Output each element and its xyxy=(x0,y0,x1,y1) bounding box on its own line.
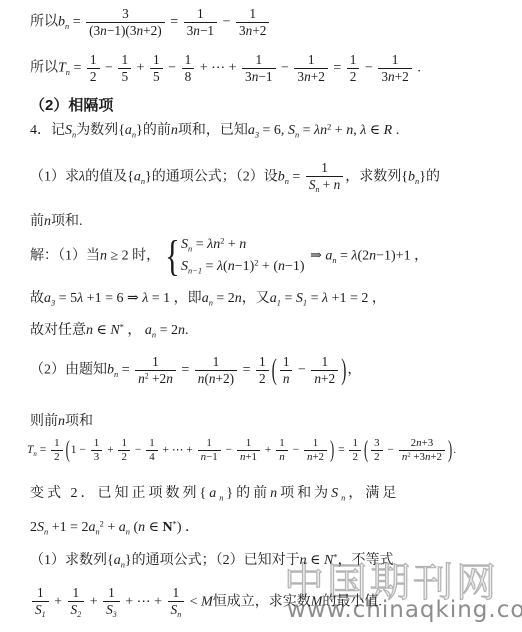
fraction-numerator: 1 xyxy=(182,52,195,69)
fraction-denominator: 3n+2 xyxy=(378,69,411,85)
math-text: 1 xyxy=(279,437,284,449)
math-text: ≥ 2 时， xyxy=(107,249,160,264)
math-text: = xyxy=(337,249,352,264)
math-text: 5 xyxy=(153,69,160,84)
fraction-denominator: 4 xyxy=(146,451,157,464)
fraction-numerator: 1 xyxy=(276,437,287,451)
fraction-denominator: 2 xyxy=(371,451,382,464)
math-text: −1 xyxy=(206,451,218,463)
math-text: 3 xyxy=(245,69,252,84)
math-text: 4．记 xyxy=(30,123,65,138)
fraction: 12 xyxy=(349,437,360,464)
math-text: a xyxy=(209,486,219,501)
math-text: 1 xyxy=(308,52,315,67)
math-text: N xyxy=(110,323,119,338)
solution-bn-decomposition: （2）由题知bn = 1n2 +2n = 1n(n+2) = 12(1n − 1… xyxy=(30,354,361,387)
heading-section-2: （2）相隔项 xyxy=(30,97,113,116)
fraction-numerator: 1 xyxy=(311,354,338,371)
math-text: − xyxy=(223,444,235,456)
math-text: +2 xyxy=(430,451,442,463)
math-text: 1 xyxy=(149,437,154,449)
math-text: 2 xyxy=(259,371,266,386)
variation-2-statement: 变式 2．已知正项数列{an}的前n项和为Sn，满足 xyxy=(30,485,399,504)
fraction-numerator: 1 xyxy=(168,585,185,602)
math-text: − xyxy=(361,61,376,76)
fraction: 1Sn + n xyxy=(306,160,343,195)
fraction-denominator: 8 xyxy=(182,69,195,85)
math-text: } xyxy=(419,170,426,185)
fraction: 1n+2 xyxy=(311,354,338,387)
math-text: n xyxy=(270,486,280,501)
math-text: ， xyxy=(347,363,361,378)
math-text: −1)(3 xyxy=(107,23,137,38)
document-page: 中国期刊网 www.chinaqking.com 所以bn = 3(3n−1)(… xyxy=(0,0,522,632)
fraction-denominator: Sn + n xyxy=(306,177,343,195)
math-text: } xyxy=(226,486,236,501)
subscript: n−1 xyxy=(188,266,202,275)
fraction-numerator: 1 xyxy=(236,6,269,23)
math-text: S xyxy=(331,486,341,501)
math-text: 的最小值. xyxy=(322,595,382,610)
math-text: （1）求 xyxy=(30,170,79,185)
fraction-denominator: 3 xyxy=(91,451,102,464)
math-text: = 2 xyxy=(156,323,178,338)
math-text: +2 xyxy=(149,371,166,386)
math-text: 3 xyxy=(94,451,99,463)
fraction-numerator: 1 xyxy=(349,437,360,451)
math-text: = xyxy=(335,444,347,456)
math-text: 1 xyxy=(321,354,328,369)
math-text: . xyxy=(453,444,456,456)
text-partial-sum-intro: 则前n项和 xyxy=(30,413,93,431)
math-text: n xyxy=(193,23,200,38)
fraction: 13n+2 xyxy=(378,52,411,85)
math-text: + xyxy=(133,61,148,76)
math-text: n xyxy=(100,23,107,38)
math-text: 的前 xyxy=(236,486,270,501)
big-paren-left: ( xyxy=(364,436,368,466)
math-text: + xyxy=(104,444,116,456)
formula-bn-partial-fraction: 所以bn = 3(3n−1)(3n+2) = 13n−1 − 13n+2 xyxy=(30,6,271,39)
math-text: { xyxy=(118,123,125,138)
fraction: 1S2 xyxy=(68,585,85,620)
math-text: 1 xyxy=(121,52,128,67)
fraction: 3(3n−1)(3n+2) xyxy=(86,6,165,39)
math-text: n xyxy=(304,69,311,84)
math-text: 1 xyxy=(249,6,256,21)
math-text: ∈ xyxy=(307,553,324,568)
math-text: +2 xyxy=(321,371,335,386)
math-text: 1 xyxy=(108,585,115,600)
math-text: 1 xyxy=(392,52,399,67)
math-text: 项和. xyxy=(51,214,83,229)
math-text: − xyxy=(294,363,309,378)
math-text: = xyxy=(289,170,304,185)
math-text: n xyxy=(235,291,242,306)
math-text: 2 xyxy=(352,451,357,463)
math-text: +1 = 6 ⇒ xyxy=(83,291,142,306)
fraction-numerator: 1 xyxy=(91,437,102,451)
math-text: 项和，已知 xyxy=(178,123,248,138)
math-text: −1) xyxy=(235,259,255,274)
math-text: n xyxy=(44,214,51,229)
fraction-numerator: 1 xyxy=(135,354,176,371)
math-text: 1 xyxy=(246,437,251,449)
fraction-numerator: 1 xyxy=(87,52,100,69)
fraction-numerator: 1 xyxy=(118,52,131,69)
math-text: + xyxy=(319,177,333,192)
math-text: = xyxy=(239,363,254,378)
fraction-denominator: (3n−1)(3n+2) xyxy=(86,23,165,39)
math-text: + ⋯ + xyxy=(196,61,240,76)
fraction: 1S3 xyxy=(103,585,120,620)
math-text: 1 xyxy=(152,354,159,369)
math-text: n xyxy=(209,371,216,386)
fraction-numerator: 1 xyxy=(294,52,327,69)
fraction: 12 xyxy=(87,52,100,85)
math-text: +2) xyxy=(143,23,162,38)
math-text: 所以 xyxy=(30,15,58,30)
problem-4-questions: （1）求λ的值及{an}的通项公式；（2）设bn = 1Sn + n，求数列{b… xyxy=(30,160,440,195)
math-text: n xyxy=(300,553,307,568)
fraction-numerator: 1 xyxy=(195,354,237,371)
fraction-denominator: 3n+2 xyxy=(236,23,269,39)
math-text: = xyxy=(299,123,314,138)
math-text: 1 xyxy=(283,354,290,369)
fraction-numerator: 1 xyxy=(184,6,217,23)
math-text: 1 xyxy=(90,52,97,67)
math-text: S xyxy=(35,602,42,617)
equation-row: Sn−1 = λ(n−1)2 + (n−1) xyxy=(181,258,305,277)
fraction-numerator: 1 xyxy=(150,52,163,69)
math-text: 1 xyxy=(153,52,160,67)
fraction-denominator: 2 xyxy=(349,451,360,464)
math-text: n xyxy=(138,371,145,386)
math-text: + ( xyxy=(258,259,278,274)
math-text: N xyxy=(324,553,333,568)
math-text: − xyxy=(278,61,293,76)
subscript: n xyxy=(95,527,99,536)
math-text: 所以 xyxy=(30,61,58,76)
math-text: 1 xyxy=(94,437,99,449)
math-text: R xyxy=(384,123,393,138)
fraction-denominator: 2 xyxy=(256,371,269,387)
fraction-denominator: 2 xyxy=(118,451,129,464)
math-text: 1 xyxy=(54,437,59,449)
fraction-numerator: 1 xyxy=(237,437,260,451)
math-text: +2 xyxy=(312,451,324,463)
subscript: 2 xyxy=(77,610,81,619)
equation-row: Sn = λn2 + n xyxy=(181,236,305,255)
math-text: + xyxy=(331,123,346,138)
fraction: 13 xyxy=(91,437,102,464)
math-text: a xyxy=(114,553,121,568)
math-text: +2 xyxy=(311,69,325,84)
fraction-numerator: 1 xyxy=(378,52,411,69)
math-text: = xyxy=(192,237,207,252)
math-text: +2 xyxy=(252,23,266,38)
fraction-denominator: n xyxy=(276,451,287,464)
math-text: b xyxy=(408,170,415,185)
subscript: 3 xyxy=(113,610,117,619)
fraction-denominator: n xyxy=(280,371,293,387)
math-text: 恒成立，求实数 xyxy=(213,595,311,610)
fraction-numerator: 1 xyxy=(306,160,343,177)
math-text: N xyxy=(163,520,173,535)
math-text: a xyxy=(125,123,132,138)
math-text: n xyxy=(100,249,107,264)
fraction: 13n−1 xyxy=(184,6,217,39)
fraction-denominator: 2 xyxy=(347,69,360,85)
fraction: 12 xyxy=(51,437,62,464)
math-text: + xyxy=(224,237,239,252)
fraction: 14 xyxy=(146,437,157,464)
math-text: n xyxy=(388,69,395,84)
formula-tn-telescoping: 所以Tn = 12 − 15 + 15 − 18 + ⋯ + 13n−1 − 1… xyxy=(30,52,421,85)
math-text: 项和 xyxy=(65,414,93,429)
math-text: −1 xyxy=(258,69,272,84)
math-text: n xyxy=(283,371,290,386)
fraction-numerator: 1 xyxy=(256,354,269,371)
fraction-denominator: n+2 xyxy=(304,451,327,464)
fraction-numerator: 1 xyxy=(304,437,327,451)
math-text: 1 xyxy=(121,437,126,449)
big-paren-right: ) xyxy=(341,352,346,389)
math-text: a xyxy=(44,291,51,306)
fraction: 1S1 xyxy=(32,585,49,620)
math-text: 2 xyxy=(30,520,37,535)
fraction-numerator: 3 xyxy=(371,437,382,451)
math-text: n xyxy=(58,414,65,429)
math-text: } xyxy=(145,170,152,185)
math-text: +1 = 2 ， xyxy=(328,291,386,306)
math-text: n xyxy=(239,237,246,252)
math-text: + ⋯ + xyxy=(122,595,166,610)
fraction: 12 xyxy=(256,354,269,387)
solution-general-term: 故对任意n ∈ N* ， an = 2n. xyxy=(30,322,189,341)
math-text: +1 = 2 xyxy=(48,520,88,535)
math-text: = xyxy=(37,444,49,456)
math-text: . xyxy=(392,123,399,138)
fraction-denominator: n(n+2) xyxy=(195,371,237,387)
fraction: 1n+2 xyxy=(304,437,327,464)
math-text: = xyxy=(281,291,296,306)
variation-2-equation: 2Sn +1 = 2an2 + an (n ∈ N*) ． xyxy=(30,519,199,538)
math-text: 故对任意 xyxy=(30,323,86,338)
math-text: 1 xyxy=(350,52,357,67)
math-text: n xyxy=(171,123,178,138)
math-text: a xyxy=(145,323,152,338)
fraction-numerator: 1 xyxy=(146,437,157,451)
math-text: 2 xyxy=(90,69,97,84)
math-text: S xyxy=(65,123,72,138)
fraction-denominator: S2 xyxy=(68,602,85,620)
subscript: n xyxy=(177,610,181,619)
math-text: = xyxy=(202,259,217,274)
fraction-numerator: 2n+3 xyxy=(399,437,445,451)
math-text: 故 xyxy=(30,291,44,306)
math-text: 1 xyxy=(37,585,44,600)
math-text: = 5 xyxy=(55,291,77,306)
fraction: 1n xyxy=(280,354,293,387)
fraction: 1Sn xyxy=(168,585,185,620)
math-text: 1 xyxy=(206,437,211,449)
math-text: b xyxy=(278,170,285,185)
math-text: 1 xyxy=(313,437,318,449)
math-text: = xyxy=(70,61,85,76)
problem-4-statement: 4．记Sn为数列{an}的前n项和，已知a3 = 6, Sn = λn2 + n… xyxy=(30,122,399,141)
math-text: = xyxy=(167,15,182,30)
math-text: ，不等式 xyxy=(338,553,394,568)
fraction-denominator: n+2 xyxy=(311,371,338,387)
math-text: 1 xyxy=(321,160,328,175)
math-text: = xyxy=(69,15,84,30)
fraction: 13n+2 xyxy=(236,6,269,39)
fraction: 1n+1 xyxy=(237,437,260,464)
math-text: −1) xyxy=(285,259,305,274)
math-text: 1 − xyxy=(71,444,89,456)
math-text: 的值及 xyxy=(85,170,127,185)
math-text: = 1 ，即 xyxy=(148,291,201,306)
fraction-numerator: 1 xyxy=(280,354,293,371)
fraction-numerator: 1 xyxy=(51,437,62,451)
math-text: . xyxy=(414,61,421,76)
math-text: { xyxy=(401,170,408,185)
math-text: ∈ xyxy=(366,123,383,138)
fraction: 1n2 +2n xyxy=(135,354,176,387)
math-text: 1 xyxy=(197,6,204,21)
fraction-denominator: 3n−1 xyxy=(184,23,217,39)
math-text: + xyxy=(51,595,66,610)
math-text: +2 xyxy=(395,69,409,84)
math-text: < xyxy=(186,595,201,610)
equation-system: {Sn = λn2 + nSn−1 = λ(n−1)2 + (n−1) xyxy=(162,236,304,277)
big-paren-left: ( xyxy=(66,436,70,466)
math-text: +3 xyxy=(411,451,425,463)
fraction-denominator: Sn xyxy=(168,602,185,620)
math-text: ，又 xyxy=(242,291,270,306)
math-text: = 6, xyxy=(259,123,288,138)
fraction: 12 xyxy=(347,52,360,85)
math-text: − xyxy=(102,61,117,76)
math-text: = 2 xyxy=(213,291,235,306)
math-text: 前 xyxy=(30,214,44,229)
math-text: ， xyxy=(124,323,145,338)
fraction: 13n−1 xyxy=(242,52,275,85)
math-text: −1 xyxy=(200,23,214,38)
math-text: + xyxy=(104,520,119,535)
math-text: S xyxy=(296,291,303,306)
fraction-numerator: 1 xyxy=(347,52,360,69)
math-text: n xyxy=(334,177,341,192)
math-text: n xyxy=(178,323,185,338)
math-text: 5 xyxy=(121,69,128,84)
math-text: { xyxy=(200,486,210,501)
fraction-denominator: n2 +3n+2 xyxy=(399,451,445,464)
math-text: 8 xyxy=(185,69,192,84)
subscript: 1 xyxy=(42,610,46,619)
math-text: 为数列 xyxy=(76,123,118,138)
fraction: 18 xyxy=(182,52,195,85)
fraction: 1n(n+2) xyxy=(195,354,237,387)
math-text: . xyxy=(185,323,189,338)
math-text: S xyxy=(37,520,44,535)
fraction-denominator: n+1 xyxy=(237,451,260,464)
math-text: + ⋯ + xyxy=(160,444,196,456)
math-text: 项和为 xyxy=(280,486,331,501)
math-text: } xyxy=(125,553,132,568)
math-text: −1)+1 ， xyxy=(376,249,428,264)
math-text: S xyxy=(288,123,295,138)
math-text: − xyxy=(385,444,397,456)
math-text: ⇒ xyxy=(307,249,326,264)
big-paren-right: ) xyxy=(330,436,334,466)
math-text: b xyxy=(58,15,65,30)
math-text: 3 xyxy=(239,23,246,38)
math-text: = xyxy=(330,61,345,76)
math-text: （2）由题知 xyxy=(30,363,107,378)
math-text: a xyxy=(248,123,255,138)
big-paren-right: ) xyxy=(448,436,452,466)
math-text: − xyxy=(219,15,234,30)
math-text: { xyxy=(107,553,114,568)
math-text: +2) xyxy=(216,371,235,386)
formula-tn-result: Tn = 12(1 − 13 + 12 − 14 + ⋯ + 1n−1 − 1n… xyxy=(27,437,456,464)
math-text: S xyxy=(181,237,188,252)
math-text: 1 xyxy=(73,585,80,600)
fraction: 1n−1 xyxy=(198,437,221,464)
fraction-denominator: S3 xyxy=(103,602,120,620)
math-text: 3 xyxy=(381,69,388,84)
math-text: 则前 xyxy=(30,414,58,429)
fraction-denominator: n2 +2n xyxy=(135,371,176,387)
math-text: (2 xyxy=(357,249,369,264)
fraction-numerator: 3 xyxy=(86,6,165,23)
math-text: a xyxy=(270,291,277,306)
math-text: 2 xyxy=(121,451,126,463)
variation-2-inequality: 1S1 + 1S2 + 1S3 + ⋯ + 1Sn < M恒成立，求实数M的最小… xyxy=(30,585,382,620)
math-text: 3 xyxy=(122,6,129,21)
math-text: ∈ xyxy=(93,323,110,338)
math-text: 的前 xyxy=(143,123,171,138)
fraction-denominator: 3n−1 xyxy=(242,69,275,85)
math-text: n xyxy=(86,323,93,338)
math-text: 1 xyxy=(173,585,180,600)
fraction-denominator: 2 xyxy=(51,451,62,464)
curly-brace: { xyxy=(165,237,180,276)
math-text: 1 xyxy=(255,52,262,67)
math-text: (3 xyxy=(89,23,100,38)
math-text: 2 xyxy=(350,69,357,84)
math-text: a xyxy=(202,291,209,306)
math-text: } xyxy=(136,123,143,138)
fraction-numerator: 1 xyxy=(242,52,275,69)
math-text: ) ． xyxy=(177,520,199,535)
solution-step-1-cases: 解：（1）当n ≥ 2 时，{Sn = λn2 + nSn−1 = λ(n−1)… xyxy=(30,236,428,277)
solution-lambda-value: 故a3 = 5λ +1 = 6 ⇒ λ = 1 ，即an = 2n，又a1 = … xyxy=(30,290,386,309)
fraction-numerator: 1 xyxy=(198,437,221,451)
math-text: ( xyxy=(130,520,138,535)
math-text: 变式 2．已知正项数列 xyxy=(30,486,200,501)
big-paren-left: ( xyxy=(272,352,277,389)
math-text: +3 xyxy=(422,437,434,449)
math-text: M xyxy=(311,595,323,610)
math-text: 2 xyxy=(54,451,59,463)
math-text: − xyxy=(290,444,302,456)
fraction: 15 xyxy=(118,52,131,85)
math-text: 1 xyxy=(352,437,357,449)
math-text: （2）相隔项 xyxy=(30,97,113,114)
